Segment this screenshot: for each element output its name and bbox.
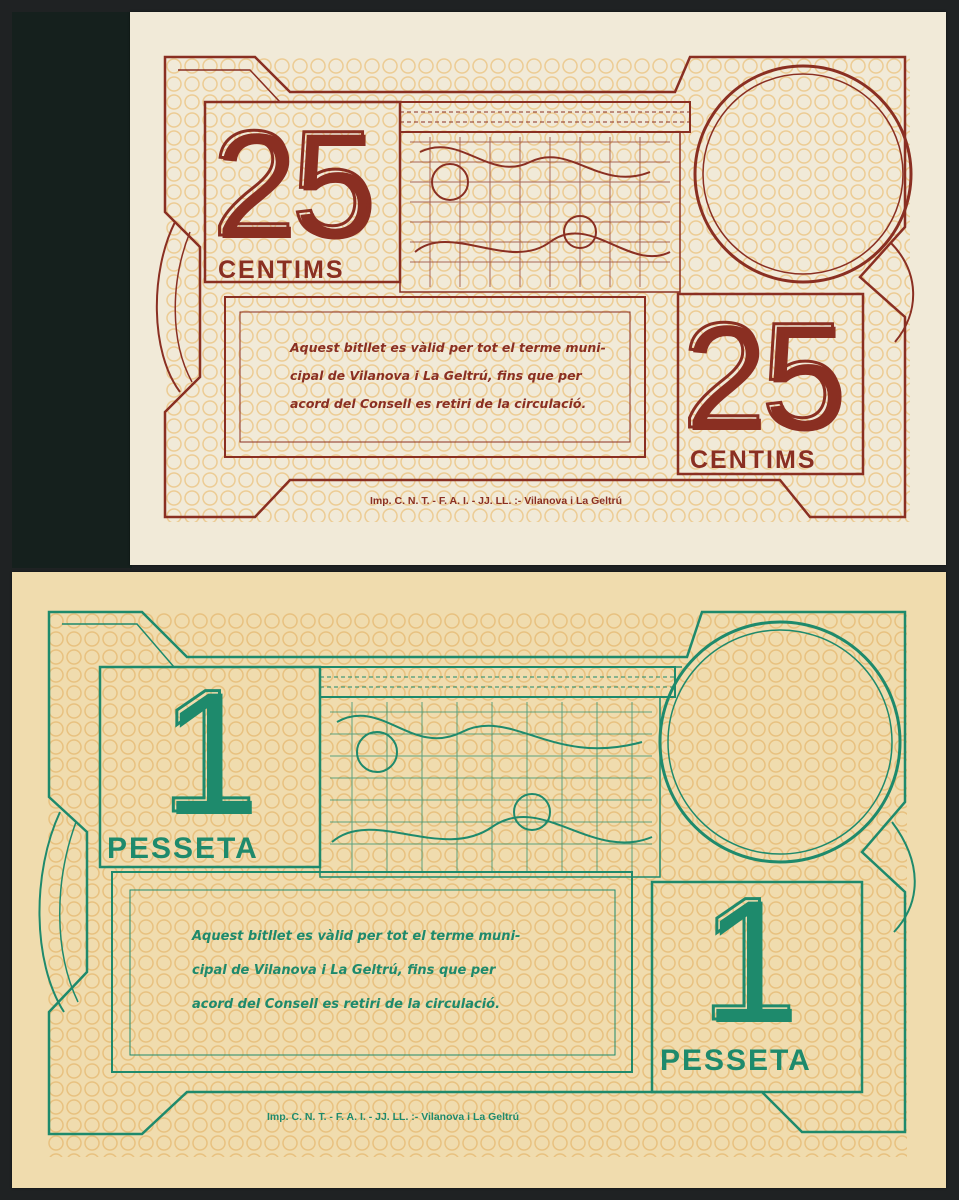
ornamental-frame	[130, 12, 946, 565]
denomination-number: 25	[212, 108, 371, 258]
denomination-unit-secondary: CENTIMS	[690, 448, 817, 473]
banknote-1-pesseta: 1 PESSETA 1 PESSETA Aquest bitllet es và…	[12, 572, 946, 1188]
denomination-unit: PESSETA	[107, 834, 259, 864]
denomination-number-secondary: 1	[700, 872, 793, 1047]
banknote-25-centims: 25 CENTIMS 25 CENTIMS Aquest bitllet es …	[130, 12, 946, 565]
legend-line: Aquest bitllet es vàlid per tot el terme…	[290, 334, 620, 362]
ornamental-frame	[12, 572, 946, 1188]
denomination-number-secondary: 25	[682, 300, 841, 450]
legend-text: Aquest bitllet es vàlid per tot el terme…	[192, 920, 532, 1022]
legend-line: Aquest bitllet es vàlid per tot el terme…	[192, 920, 532, 954]
legend-line: cipal de Vilanova i La Geltrú, fins que …	[192, 954, 532, 988]
legend-line: acord del Consell es retiri de la circul…	[192, 988, 532, 1022]
background-shadow	[12, 12, 132, 568]
denomination-number: 1	[160, 664, 253, 839]
denomination-unit: CENTIMS	[218, 258, 345, 283]
printer-imprint: Imp. C. N. T. - F. A. I. - JJ. LL. :- Vi…	[370, 495, 622, 507]
denomination-unit-secondary: PESSETA	[660, 1046, 812, 1076]
printer-imprint: Imp. C. N. T. - F. A. I. - JJ. LL. :- Vi…	[267, 1111, 519, 1123]
legend-line: acord del Consell es retiri de la circul…	[290, 390, 620, 418]
legend-line: cipal de Vilanova i La Geltrú, fins que …	[290, 362, 620, 390]
legend-text: Aquest bitllet es vàlid per tot el terme…	[290, 334, 620, 418]
